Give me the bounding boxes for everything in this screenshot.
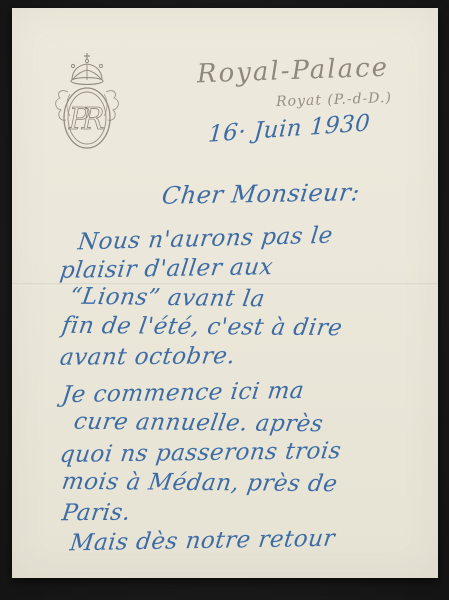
body-line: avant octobre.: [58, 343, 237, 371]
body-line: Paris.: [60, 500, 132, 527]
body-line: Mais dès notre retour: [68, 526, 336, 557]
body-line: “Lions” avant la: [68, 284, 267, 313]
letter-paper: P R Royal-Palace Royat (P.-d-D.) 16· Jui…: [12, 8, 438, 578]
crown-monogram-crest-icon: P R: [48, 50, 126, 156]
salutation: Cher Monsieur:: [160, 178, 361, 210]
body-line: Je commence ici ma: [60, 378, 305, 408]
body-line: plaisir d'aller aux: [58, 254, 274, 284]
body-line: cure annuelle. après: [72, 409, 325, 438]
body-line: Nous n'aurons pas le: [77, 223, 335, 256]
body-line: quoi ns passerons trois: [58, 438, 342, 468]
letterhead-hotel-name: Royal-Palace: [190, 52, 397, 89]
monogram-letter-r: R: [81, 102, 105, 137]
letter-photo: P R Royal-Palace Royat (P.-d-D.) 16· Jui…: [0, 0, 449, 600]
handwritten-date: 16· Juin 1930: [207, 110, 371, 148]
letterhead-location: Royat (P.-d-D.): [264, 90, 404, 111]
body-line: fin de l'été, c'est à dire: [60, 313, 344, 341]
body-line: mois à Médan, près de: [60, 469, 339, 497]
